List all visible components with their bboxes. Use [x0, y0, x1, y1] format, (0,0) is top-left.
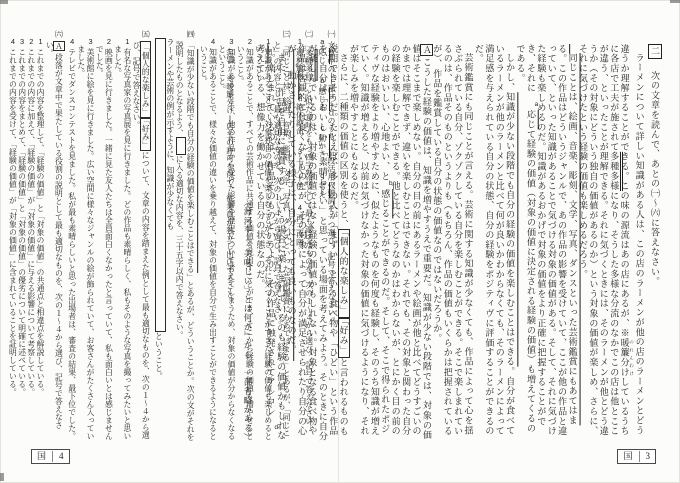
section-header: 二 次の文章を読んで、あとの㈠～㈥に答えなさい。 — [650, 44, 660, 442]
question-marker: ㈠ — [327, 30, 336, 38]
option-item: 3十人十色 — [295, 147, 304, 190]
option-label: a — [318, 37, 327, 46]
option-item: 4知識があることで、様々な価値の違いを乗り越えて、対象の価値を自分で生み出すこと… — [199, 30, 217, 444]
page-subject-right: 国 — [623, 451, 632, 462]
question-prompt: ㈤「個人的な楽しみ」「好み」について、文章の内容を踏まえた例として最も適切なもの… — [132, 30, 150, 444]
option-label: c — [318, 123, 327, 132]
option-item: 2映画を見に行きました。一緒に見た友人たちは全員面白くなかったと言っていて、私も… — [95, 30, 113, 444]
question-marker: ㈣ — [186, 30, 195, 38]
question-block: ㈠文章中の──部ａ～ｄのうち、五段活用の動詞を一つ選び、記号で答えなさい。a応じ… — [318, 30, 336, 444]
question-block: ㈥Ａ段落が文章中で果たしている役割の説明として最も適切なものを、次の１～４から選… — [8, 30, 63, 444]
option-row: 1適材適所2絶体絶命3十人十色4再三再四 — [295, 30, 304, 444]
instruction-text: 次の文章を読んで、あとの㈠～㈥に答えなさい。 — [650, 71, 660, 287]
text-run: 」と似た意味をもつ四字熟語として最も適切なものを、次の１～４から選び、記号で答え… — [305, 81, 314, 433]
option-item: 1適材適所 — [295, 37, 304, 80]
marked-text-u: 知識が少ない段階でも自分の経験の価値を楽しむことはできる — [505, 92, 515, 366]
option-text: 映画を見に行きました。一緒に見た友人たちは全員面白くなかったと言っていて、私も面… — [95, 45, 113, 440]
footer-left: 国 4 — [31, 446, 70, 464]
question-prompt: ㈥Ａ段落が文章中で果たしている役割の説明として最も適切なものを、次の１～４から選… — [45, 30, 63, 444]
page-subject-left: 国 — [37, 451, 46, 462]
option-word: 応じ — [318, 48, 327, 64]
option-item: a応じ — [318, 37, 327, 64]
passage-paragraph: 同じことは、絵画、音楽、彫刻、文学、写真、ダンスといった芸術鑑賞にもあてはまる。… — [515, 44, 577, 442]
option-word: 感じる — [318, 87, 327, 111]
text-run: 文章中の──部ａ～ｄのうち、五段活用の動詞を一つ選び、記号で答えなさい。 — [327, 41, 336, 324]
option-item: 4これまでの内容を受けて、「経験の価値」が「対象の価値」に含まれていることを証明… — [8, 30, 17, 444]
question-marker: ㈡ — [305, 30, 314, 38]
option-item: 1知識があることで、対象独自の価値を楽しむことができ、それに気づくことができた経… — [254, 30, 272, 444]
marked-text-u: 応じ — [526, 110, 536, 130]
marked-text-blank — [155, 38, 166, 332]
option-item: b感じる — [318, 76, 327, 111]
text-run: 「 — [186, 41, 195, 49]
option-item: 3これまでの内容をまとめて、「経験の価値」と「対象の価値」の優劣について明確に述… — [17, 30, 26, 444]
text-run: しかし、 — [505, 53, 515, 92]
option-word: 考え — [318, 182, 327, 198]
option-item: 3知識があることで、他の作品から受けた影響や歴史について考えてしまうため、対象の… — [218, 30, 236, 444]
marked-text-u: 感じる — [380, 189, 390, 218]
page-num-left: 4 — [52, 451, 64, 462]
option-label: 1 — [123, 37, 132, 46]
question-prompt: ㈡「多種多様」と似た意味をもつ四字熟語として最も適切なものを、次の１～４から選び… — [304, 30, 313, 444]
option-word: 絶体絶命 — [295, 103, 304, 135]
passage-paragraph: Ａこうした経験の価値は、知識を増やすうえで重要だ。知識が少ない段階では、対象の価… — [349, 44, 432, 442]
option-word: 再三再四 — [295, 214, 304, 246]
text-run: ラーメンや芸術の例が示すように、知識が少なくても — [166, 38, 175, 230]
option-label: 2 — [27, 37, 36, 46]
question-prompt: ㈢「同じことは、絵画、音楽、彫刻、文学、写真、ダンスといった芸術鑑賞にもあてはま… — [273, 30, 291, 444]
option-item: 4テレビでダンスコンテストを見ました。私が最も素晴らしいと思った出場者は、審査の… — [67, 30, 76, 444]
option-text: これまでの内容をまとめて、「経験の価値」と「対象の価値」の優劣について明確に述べ… — [18, 48, 27, 396]
option-item: 3美術館に絵を見に行きました。広い空間に様々なジャンルの絵が飾られていて、お客さ… — [77, 30, 95, 444]
scan-mark-top-right — [670, 0, 680, 3]
fill-in-sentence: ラーメンや芸術の例が示すように、知識が少なくてもということ。 — [154, 30, 175, 444]
scan-mark-bottom-left — [0, 473, 4, 481]
passage-paragraph: しかし、知識が少ない段階でも自分の経験の価値を楽しむことはできる。自分が食べてい… — [474, 44, 516, 442]
option-text: これまでの内容を受けて、「経験の価値」が「対象の価値」に含まれていることを証明し… — [8, 48, 17, 396]
marked-text-u: 知識が少ない段階でも自分の経験の価値を楽しむことはできる — [186, 49, 195, 273]
option-word: 動かさ — [318, 135, 327, 159]
question-prompt: ㈣「知識が少ない段階でも自分の経験の価値を楽しむことはできる」とあるが、どういう… — [175, 30, 195, 444]
option-item: c動かさ — [318, 123, 327, 158]
page-left-questions: ㈠文章中の──部ａ～ｄのうち、五段活用の動詞を一つ選び、記号で答えなさい。a応じ… — [26, 30, 336, 444]
question-block: ㈣「知識が少ない段階でも自分の経験の価値を楽しむことはできる」とあるが、どういう… — [154, 30, 195, 444]
marked-text-double: 多種多様 — [305, 49, 314, 81]
option-label: 3 — [295, 147, 304, 156]
option-label: 3 — [86, 37, 95, 46]
option-text: 知識があることで、他の作品から受けた影響や歴史について考えてしまうため、対象の価… — [218, 45, 236, 440]
option-label: 1 — [295, 37, 304, 46]
text-run: に入る適切な内容を、三十五字以内で答えなさい。 — [175, 155, 184, 339]
text-run: 芸術鑑賞にも同じことが言える。芸術に関する知識が少なくても、作品によって心を揺さ… — [432, 44, 473, 436]
exam-spread: 二 次の文章を読んで、あとの㈠～㈥に答えなさい。 ラーメンについて詳しい知識があ… — [0, 0, 680, 483]
option-label: 4 — [68, 37, 77, 46]
option-item: d考え — [318, 171, 327, 198]
question-block: ㈤「個人的な楽しみ」「好み」について、文章の内容を踏まえた例として最も適切なもの… — [67, 30, 150, 444]
option-text: これまでの内容を整理して、「経験の価値」と「対象の価値」の共通点と相違点を解説し… — [36, 48, 45, 396]
page-number-left: 国 4 — [31, 449, 70, 464]
option-label: 3 — [227, 37, 236, 46]
option-text: 知識があることで、すべての芸術作品に共通する価値を見出すことができ、そこから経験… — [236, 45, 254, 440]
scan-mark-top-left — [0, 0, 8, 4]
option-label: b — [318, 76, 327, 85]
option-item: 4再三再四 — [295, 203, 304, 246]
passage-paragraph: ラーメンについて詳しい知識がある人は、この店のラーメンが他の店のラーメンとどう違… — [578, 44, 645, 442]
marked-text-box: 「好み」 — [140, 118, 151, 151]
option-label: 2 — [104, 37, 113, 46]
text-run: 段落が文章中で果たしている役割の説明として最も適切なものを、次の１～４から選び、… — [45, 41, 63, 429]
question-marker: ㈤ — [141, 30, 150, 38]
marked-text-boxchar: Ａ — [420, 44, 433, 56]
option-item: 2絶体絶命 — [295, 92, 304, 135]
option-label: 4 — [8, 37, 17, 46]
option-text: 知識があることで、様々な価値の違いを乗り越えて、対象の価値を自分で生み出すことが… — [199, 45, 217, 440]
marked-text-box: 「好み」 — [338, 318, 350, 358]
option-item: 2知識があることで、すべての芸術作品に共通する価値を見出すことができ、そこから経… — [236, 30, 254, 444]
question-prompt: ㈠文章中の──部ａ～ｄのうち、五段活用の動詞を一つ選び、記号で答えなさい。 — [327, 30, 336, 444]
option-label: 4 — [209, 37, 218, 46]
text-run: さらに、二種類の価値の区別を使うと、 — [339, 53, 349, 229]
marked-text-box: 「個人的な楽しみ」 — [140, 41, 151, 118]
option-label: 2 — [245, 37, 254, 46]
option-label: d — [318, 171, 327, 180]
text-run: 「 — [305, 41, 314, 49]
page-number-right: 国 3 — [617, 449, 656, 464]
text-run: 「 — [282, 41, 291, 49]
question-block: ㈡「多種多様」と似た意味をもつ四字熟語として最も適切なものを、次の１～４から選び… — [295, 30, 313, 444]
footer-right: 国 3 — [617, 446, 656, 464]
option-label: 1 — [264, 37, 273, 46]
marked-text-double: 多種多様 — [609, 152, 619, 191]
option-item: 1これまでの内容を整理して、「経験の価値」と「対象の価値」の共通点と相違点を解説… — [36, 30, 45, 444]
section-number: 二 — [648, 44, 662, 59]
question-marker: ㈢ — [282, 30, 291, 38]
question-block: ㈢「同じことは、絵画、音楽、彫刻、文学、写真、ダンスといった芸術鑑賞にもあてはま… — [199, 30, 291, 444]
page-right-passage: 二 次の文章を読んで、あとの㈠～㈥に答えなさい。 ラーメンについて詳しい知識があ… — [342, 44, 660, 442]
option-label: 1 — [36, 37, 45, 46]
option-item: 1有名な写真家の写真展を見に行きました。どの作品も素晴らしく、私もそのような写真… — [113, 30, 131, 444]
option-label: 2 — [295, 92, 304, 101]
option-label: 4 — [295, 203, 304, 212]
page-num-right: 3 — [639, 451, 651, 462]
marked-text-blank_small — [176, 137, 186, 155]
option-text: これまでの内容に加えて、「経験の価値」が「対象の価値」に与える影響について考察し… — [27, 48, 36, 396]
option-item: 2これまでの内容に加えて、「経験の価値」が「対象の価値」に与える影響について考察… — [27, 30, 36, 444]
option-word: 適材適所 — [295, 48, 304, 80]
marked-text-u: 同じことは、絵画、音楽、彫刻、文学、写真、ダンスといった芸術鑑賞にもあてはまる — [282, 49, 291, 361]
option-row: a応じb感じるc動かさd考え — [318, 30, 327, 444]
passage-paragraph: 芸術鑑賞にも同じことが言える。芸術に関する知識が少なくても、作品によって心を揺さ… — [432, 44, 474, 442]
option-label: 3 — [18, 37, 27, 46]
question-marker: ㈥ — [54, 30, 63, 38]
marked-text-box: 「個人的な楽しみ」 — [338, 229, 350, 318]
option-text: 知識があることで、対象独自の価値を楽しむことができ、それに気づくことができた経験… — [255, 45, 273, 440]
option-text: 美術館に絵を見に行きました。広い空間に様々なジャンルの絵が飾られていて、お客さん… — [77, 45, 95, 440]
option-text: テレビでダンスコンテストを見ました。私が最も素晴らしいと思った出場者は、審査の結… — [68, 48, 77, 440]
marked-text-boxchar: Ａ — [53, 41, 65, 51]
text-run: ということ。 — [154, 332, 163, 380]
option-word: 十人十色 — [295, 159, 304, 191]
option-text: 有名な写真家の写真展を見に行きました。どの作品も素晴らしく、私もそのような写真を… — [114, 45, 132, 440]
ruby-text: 暖簾分けのれんわけ — [620, 338, 630, 377]
